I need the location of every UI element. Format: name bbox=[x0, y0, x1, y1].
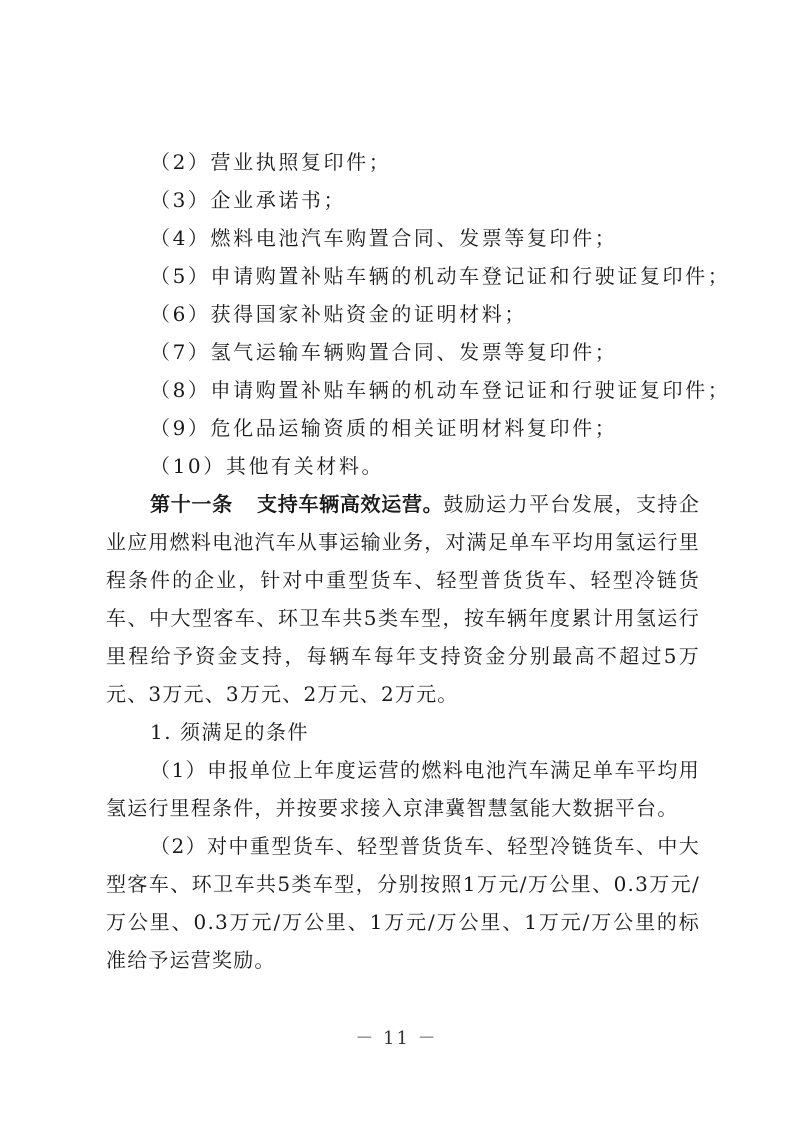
list-item: （4）燃料电池汽车购置合同、发票等复印件； bbox=[106, 219, 700, 257]
condition-item-2: （2）对中重型货车、轻型普货货车、轻型冷链货车、中大型客车、环卫车共5类车型，分… bbox=[106, 827, 700, 979]
article-number: 第十一条 bbox=[150, 492, 233, 516]
article-heading: 支持车辆高效运营。 bbox=[257, 492, 444, 516]
article-body: 鼓励运力平台发展，支持企业应用燃料电池汽车从事运输业务，对满足单车平均用氢运行里… bbox=[106, 492, 700, 706]
list-item: （5）申请购置补贴车辆的机动车登记证和行驶证复印件； bbox=[106, 257, 700, 295]
condition-item-1: （1）申报单位上年度运营的燃料电池汽车满足单车平均用氢运行里程条件，并按要求接入… bbox=[106, 751, 700, 827]
list-item: （10）其他有关材料。 bbox=[106, 447, 700, 485]
list-item: （3）企业承诺书； bbox=[106, 181, 700, 219]
article-paragraph: 第十一条支持车辆高效运营。鼓励运力平台发展，支持企业应用燃料电池汽车从事运输业务… bbox=[106, 485, 700, 713]
list-item: （6）获得国家补贴资金的证明材料； bbox=[106, 295, 700, 333]
section-title: 1. 须满足的条件 bbox=[106, 713, 700, 751]
list-item: （8）申请购置补贴车辆的机动车登记证和行驶证复印件； bbox=[106, 371, 700, 409]
document-page: （2）营业执照复印件； （3）企业承诺书； （4）燃料电池汽车购置合同、发票等复… bbox=[106, 143, 700, 979]
page-number: － 11 － bbox=[0, 1024, 793, 1050]
list-item: （2）营业执照复印件； bbox=[106, 143, 700, 181]
list-item: （9）危化品运输资质的相关证明材料复印件； bbox=[106, 409, 700, 447]
list-item: （7）氢气运输车辆购置合同、发票等复印件； bbox=[106, 333, 700, 371]
